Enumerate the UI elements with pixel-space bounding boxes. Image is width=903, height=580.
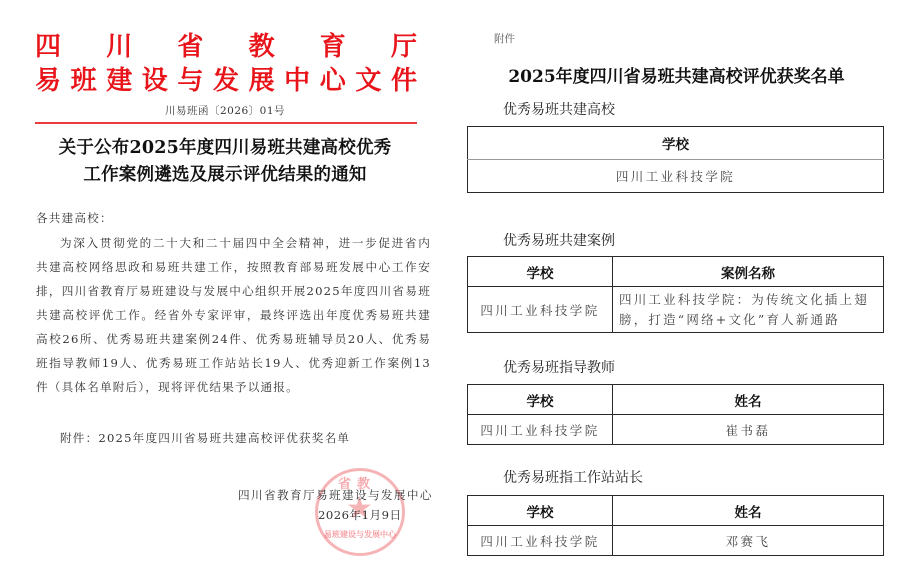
column-header-school: 学校 — [468, 127, 884, 160]
header-char: 与 — [177, 66, 203, 96]
column-header-name: 姓名 — [613, 496, 884, 526]
table-row: 四川工业科技学院 崔书磊 — [468, 415, 884, 445]
header-char: 发 — [213, 66, 239, 96]
header-char: 展 — [249, 66, 275, 96]
person-name-cell: 崔书磊 — [613, 415, 884, 445]
school-cell: 四川工业科技学院 — [468, 287, 613, 333]
header-char: 厅 — [391, 32, 417, 62]
table-row: 四川工业科技学院 邓赛飞 — [468, 526, 884, 556]
header-char: 省 — [177, 32, 203, 62]
attachment-reference: 附件：2025年度四川省易班共建高校评优获奖名单 — [60, 426, 455, 450]
column-header-name: 姓名 — [613, 385, 884, 415]
salutation: 各共建高校： — [36, 206, 431, 230]
table-row: 四川工业科技学院 — [468, 160, 884, 193]
excellent-schools-table: 学校 四川工业科技学院 — [467, 126, 884, 193]
table-header-row: 学校 姓名 — [468, 496, 884, 526]
header-char: 川 — [106, 32, 132, 62]
case-name-cell: 四川工业科技学院：为传统文化插上翅膀，打造“网络+文化”育人新通路 — [613, 287, 884, 333]
seal-bottom-text: 易班建设与发展中心 — [324, 529, 396, 540]
table-header-row: 学校 姓名 — [468, 385, 884, 415]
excellent-cases-table: 学校 案例名称 四川工业科技学院 四川工业科技学院：为传统文化插上翅膀，打造“网… — [467, 256, 884, 333]
notice-page: 四 川 省 教 育 厅 易 班 建 设 与 发 展 中 心 文 件 川易班函〔2… — [0, 0, 450, 580]
body-paragraph: 为深入贯彻党的二十大和二十届四中全会精神，进一步促进省内共建高校网络思政和易班共… — [36, 231, 431, 399]
issuer-header-line2: 易 班 建 设 与 发 展 中 心 文 件 — [35, 66, 417, 96]
notice-title-line2: 工作案例遴选及展示评优结果的通知 — [0, 161, 450, 186]
header-char: 建 — [106, 66, 132, 96]
signature-date: 2026年1月9日 — [318, 507, 402, 523]
header-char: 班 — [71, 66, 97, 96]
red-divider — [35, 122, 417, 124]
header-char: 育 — [320, 32, 346, 62]
signature-org: 四川省教育厅易班建设与发展中心 — [238, 487, 433, 503]
header-char: 设 — [142, 66, 168, 96]
document-number: 川易班函〔2026〕01号 — [0, 103, 450, 118]
header-char: 教 — [249, 32, 275, 62]
header-char: 文 — [355, 66, 381, 96]
table-row: 四川工业科技学院 四川工业科技学院：为传统文化插上翅膀，打造“网络+文化”育人新… — [468, 287, 884, 333]
column-header-case-name: 案例名称 — [613, 257, 884, 287]
table-header-row: 学校 — [468, 127, 884, 160]
issuer-header-line1: 四 川 省 教 育 厅 — [35, 32, 417, 62]
header-char: 四 — [35, 32, 61, 62]
notice-title-line1: 关于公布2025年度四川易班共建高校优秀 — [0, 134, 450, 159]
section-title-excellent-cases: 优秀易班共建案例 — [503, 230, 615, 250]
attachment-label: 附件 — [494, 31, 515, 46]
header-char: 中 — [284, 66, 310, 96]
excellent-advisors-table: 学校 姓名 四川工业科技学院 崔书磊 — [467, 384, 884, 445]
school-cell: 四川工业科技学院 — [468, 160, 884, 193]
station-heads-table: 学校 姓名 四川工业科技学院 邓赛飞 — [467, 495, 884, 556]
section-title-excellent-advisors: 优秀易班指导教师 — [503, 357, 615, 377]
section-title-excellent-schools: 优秀易班共建高校 — [503, 99, 615, 119]
person-name-cell: 邓赛飞 — [613, 526, 884, 556]
header-char: 件 — [391, 66, 417, 96]
column-header-school: 学校 — [468, 257, 613, 287]
column-header-school: 学校 — [468, 385, 613, 415]
school-cell: 四川工业科技学院 — [468, 415, 613, 445]
column-header-school: 学校 — [468, 496, 613, 526]
school-cell: 四川工业科技学院 — [468, 526, 613, 556]
annex-page: 附件 2025年度四川省易班共建高校评优获奖名单 优秀易班共建高校 学校 四川工… — [450, 0, 903, 580]
section-title-station-heads: 优秀易班指工作站站长 — [503, 467, 643, 487]
header-char: 易 — [35, 66, 61, 96]
header-char: 心 — [320, 66, 346, 96]
table-header-row: 学校 案例名称 — [468, 257, 884, 287]
annex-title: 2025年度四川省易班共建高校评优获奖名单 — [450, 62, 903, 87]
